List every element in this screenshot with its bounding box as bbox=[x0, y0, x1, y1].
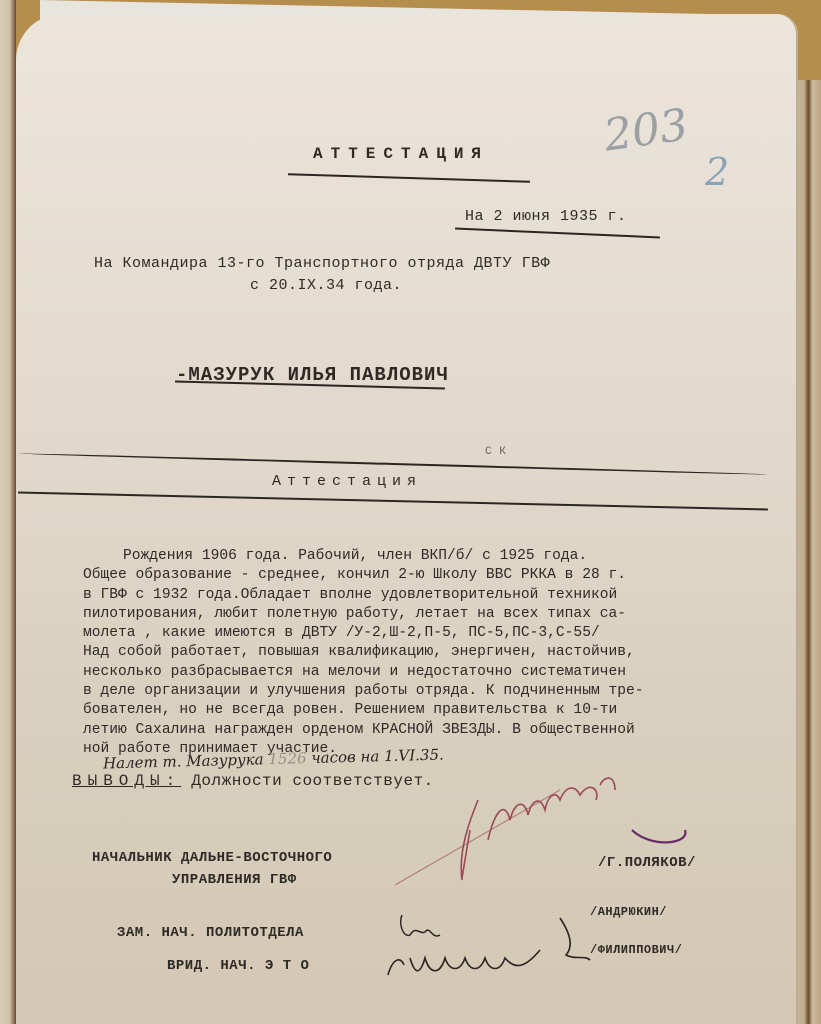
position-line-1: На Командира 13-го Транспортного отряда … bbox=[94, 255, 550, 272]
document-date: На 2 июня 1935 г. bbox=[465, 208, 627, 225]
body-line: пилотирования, любит полетную работу, ле… bbox=[83, 605, 783, 624]
attestation-body: Рождения 1906 года. Рабочий, член ВКП/б/… bbox=[83, 547, 783, 759]
note-hours-value: 1526 bbox=[268, 749, 307, 768]
section-mark: С К bbox=[485, 446, 506, 458]
body-line: Над собой работает, повышая квалификацию… bbox=[83, 643, 783, 662]
attestation-document-page bbox=[16, 14, 798, 1024]
body-line: в ГВФ с 1932 года.Обладает вполне удовле… bbox=[83, 586, 783, 605]
conclusion: ВЫВОДЫ: Должности соответствует. bbox=[72, 772, 434, 790]
signer-1-name: /Г.ПОЛЯКОВ/ bbox=[598, 855, 696, 871]
signer-3-title: ВРИД. НАЧ. Э Т О bbox=[167, 958, 309, 974]
body-line: в деле организации и улучшения работы от… bbox=[83, 682, 783, 701]
signer-1-title-line-2: УПРАВЛЕНИЯ ГВФ bbox=[172, 872, 297, 888]
body-line: несколько разбрасывается на мелочи и нед… bbox=[83, 663, 783, 682]
signer-3-name: /ФИЛИППОВИЧ/ bbox=[590, 943, 682, 957]
body-line: Общее образование - среднее, кончил 2-ю … bbox=[83, 566, 783, 585]
position-line-2: с 20.IX.34 года. bbox=[250, 277, 402, 294]
conclusion-label: ВЫВОДЫ: bbox=[72, 772, 181, 790]
signer-1-title-line-1: НАЧАЛЬНИК ДАЛЬНЕ-ВОСТОЧНОГО bbox=[92, 850, 332, 866]
body-line: молета , какие имеются в ДВТУ /У-2,Ш-2,П… bbox=[83, 624, 783, 643]
body-line: бователен, но не всегда ровен. Решением … bbox=[83, 701, 783, 720]
body-line: летию Сахалина награжден орденом КРАСНОЙ… bbox=[83, 721, 783, 740]
note-text-after: часов на 1.VI.35. bbox=[311, 746, 444, 767]
section-title: Аттестация bbox=[272, 473, 422, 490]
conclusion-text: Должности соответствует. bbox=[191, 772, 433, 790]
body-line: Рождения 1906 года. Рабочий, член ВКП/б/… bbox=[83, 547, 783, 566]
archive-page-number-blue: 2 bbox=[705, 150, 729, 194]
signer-2-title: ЗАМ. НАЧ. ПОЛИТОТДЕЛА bbox=[117, 925, 304, 941]
folder-left-edge bbox=[0, 0, 16, 1024]
signer-2-name: /АНДРЮКИН/ bbox=[590, 905, 667, 919]
document-title: АТТЕСТАЦИЯ bbox=[313, 145, 489, 163]
